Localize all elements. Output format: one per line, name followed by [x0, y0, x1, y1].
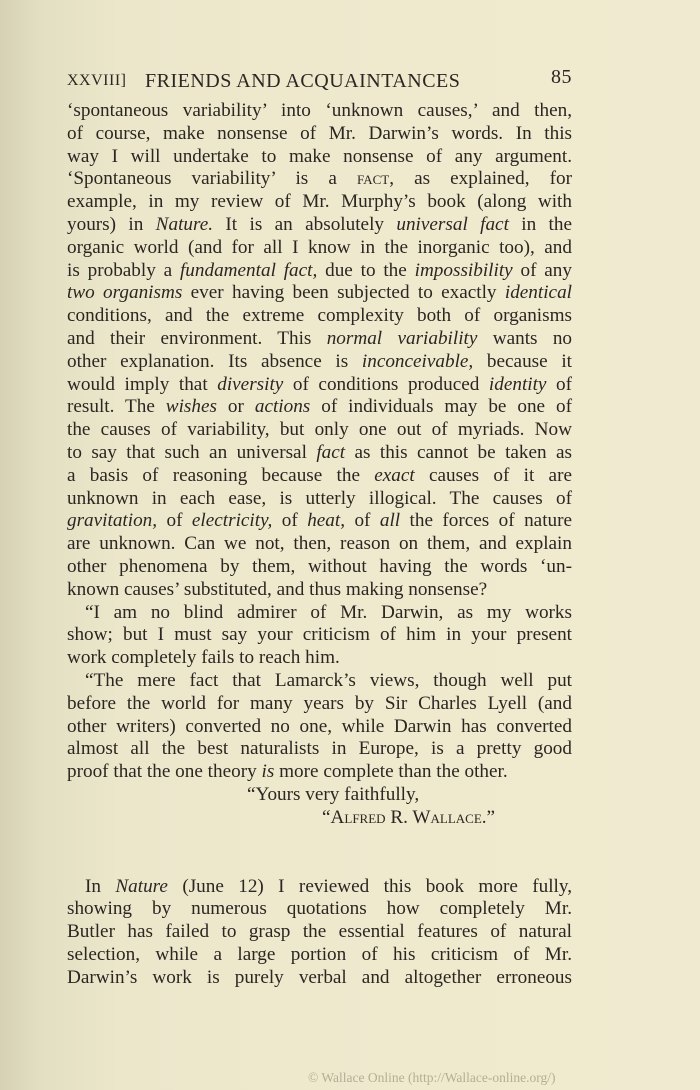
- chapter-number: XXVIII]: [67, 72, 126, 90]
- text-line: other phenomena by them, without having …: [67, 556, 572, 579]
- text-line: known causes’ substituted, and thus maki…: [67, 579, 572, 602]
- text-line: and their environment. This normal varia…: [67, 328, 572, 351]
- text-segment: of: [157, 510, 192, 531]
- text-segment: of any: [513, 260, 572, 281]
- text-line: show; but I must say your criticism of h…: [67, 624, 572, 647]
- text-line: In Nature (June 12) I reviewed this book…: [67, 876, 572, 899]
- small-caps-fact: fact: [357, 168, 389, 189]
- text-segment: would imply that: [67, 374, 217, 395]
- text-line: two organisms ever having been subjected…: [67, 282, 572, 305]
- text-segment: (June 12) I reviewed this book more full…: [168, 876, 572, 897]
- text-segment: other explanation. Its absence is: [67, 351, 362, 372]
- text-line: conditions, and the extreme complexity b…: [67, 305, 572, 328]
- italic-text: actions: [255, 396, 310, 417]
- text-segment: result. The: [67, 396, 166, 417]
- italic-text: fact: [316, 442, 345, 463]
- text-line: Darwin’s work is purely verbal and altog…: [67, 967, 572, 990]
- italic-nature: Nature.: [156, 214, 213, 235]
- text-line: other writers) converted no one, while D…: [67, 716, 572, 739]
- text-line: gravitation, of electricity, of heat, of…: [67, 510, 572, 533]
- running-head: XXVIII] FRIENDS AND ACQUAINTANCES 85: [67, 70, 572, 94]
- text-line: Butler has failed to grasp the essential…: [67, 921, 572, 944]
- text-line: to say that such an universal fact as th…: [67, 442, 572, 465]
- text-segment: in the: [509, 214, 572, 235]
- text-segment: of: [345, 510, 380, 531]
- text-line: ‘spontaneous variability’ into ‘unknown …: [67, 100, 572, 123]
- text-segment: a basis of reasoning because the: [67, 465, 374, 486]
- text-segment: more complete than the other.: [274, 761, 507, 782]
- text-segment: is probably a: [67, 260, 180, 281]
- text-segment: proof that the one theory: [67, 761, 261, 782]
- book-page: XXVIII] FRIENDS AND ACQUAINTANCES 85 ‘sp…: [0, 0, 700, 1090]
- italic-text: impossibility: [415, 260, 513, 281]
- copyright-footer: © Wallace Online (http://Wallace-online.…: [308, 1070, 556, 1086]
- text-segment: because it: [473, 351, 572, 372]
- italic-nature: Nature: [115, 876, 168, 897]
- text-segment: of: [546, 374, 572, 395]
- text-segment: of: [272, 510, 307, 531]
- italic-text: electricity,: [192, 510, 272, 531]
- italic-text: wishes: [166, 396, 217, 417]
- text-line: are unknown. Can we not, then, reason on…: [67, 533, 572, 556]
- text-line: showing by numerous quotations how compl…: [67, 898, 572, 921]
- text-line: proof that the one theory is more comple…: [67, 761, 572, 784]
- text-segment: yours) in: [67, 214, 156, 235]
- text-line: result. The wishes or actions of individ…: [67, 396, 572, 419]
- page-number: 85: [551, 66, 572, 89]
- text-segment: , as explained, for: [389, 168, 572, 189]
- text-segment: wants no: [477, 328, 572, 349]
- text-line: work completely fails to reach him.: [67, 647, 572, 670]
- text-line: other explanation. Its absence is inconc…: [67, 351, 572, 374]
- text-line: a basis of reasoning because the exact c…: [67, 465, 572, 488]
- text-line: organic world (and for all I know in the…: [67, 237, 572, 260]
- italic-text: normal variability: [327, 328, 478, 349]
- text-line: selection, while a large portion of his …: [67, 944, 572, 967]
- text-line: is probably a fundamental fact, due to t…: [67, 260, 572, 283]
- italic-text: identical: [505, 282, 572, 303]
- text-line: way I will undertake to make nonsense of…: [67, 146, 572, 169]
- text-segment: causes of it are: [415, 465, 572, 486]
- running-head-title: FRIENDS AND ACQUAINTANCES: [145, 70, 460, 93]
- paragraph-gap: [67, 830, 572, 876]
- italic-text: gravitation,: [67, 510, 157, 531]
- text-line: “I am no blind admirer of Mr. Darwin, as…: [67, 602, 572, 625]
- body-text: ‘spontaneous variability’ into ‘unknown …: [67, 100, 572, 989]
- text-line: yours) in Nature. It is an absolutely un…: [67, 214, 572, 237]
- italic-text: universal fact: [396, 214, 509, 235]
- text-line: the causes of variability, but only one …: [67, 419, 572, 442]
- italic-text: is: [261, 761, 274, 782]
- text-segment: due to the: [317, 260, 414, 281]
- text-segment: as this cannot be taken as: [345, 442, 572, 463]
- text-segment: to say that such an universal: [67, 442, 316, 463]
- italic-text: fundamental fact,: [180, 260, 317, 281]
- italic-text: diversity: [217, 374, 283, 395]
- text-segment: In: [85, 876, 115, 897]
- italic-text: exact: [374, 465, 414, 486]
- text-line: almost all the best naturalists in Europ…: [67, 738, 572, 761]
- italic-text: two organisms: [67, 282, 182, 303]
- text-segment: of conditions produced: [283, 374, 489, 395]
- text-segment: ever having been subjected to exactly: [182, 282, 505, 303]
- text-line: unknown in each ease, is utterly illogic…: [67, 488, 572, 511]
- text-segment: and their environment. This: [67, 328, 327, 349]
- italic-text: inconceivable,: [362, 351, 473, 372]
- text-segment: the forces of nature: [400, 510, 572, 531]
- text-segment: of individuals may be one of: [310, 396, 572, 417]
- text-segment: or: [217, 396, 255, 417]
- letter-closing: “Yours very faithfully,: [67, 784, 572, 807]
- text-line: example, in my review of Mr. Murphy’s bo…: [67, 191, 572, 214]
- text-line: before the world for many years by Sir C…: [67, 693, 572, 716]
- italic-text: heat,: [307, 510, 345, 531]
- letter-signature: “Alfred R. Wallace.”: [67, 807, 572, 830]
- text-segment: It is an absolutely: [213, 214, 396, 235]
- text-line: would imply that diversity of conditions…: [67, 374, 572, 397]
- italic-text: all: [380, 510, 400, 531]
- text-segment: ‘Spontaneous variability’ is a: [67, 168, 357, 189]
- text-line: of course, make nonsense of Mr. Darwin’s…: [67, 123, 572, 146]
- italic-text: identity: [489, 374, 547, 395]
- text-line: ‘Spontaneous variability’ is a fact, as …: [67, 168, 572, 191]
- text-line: “The mere fact that Lamarck’s views, tho…: [67, 670, 572, 693]
